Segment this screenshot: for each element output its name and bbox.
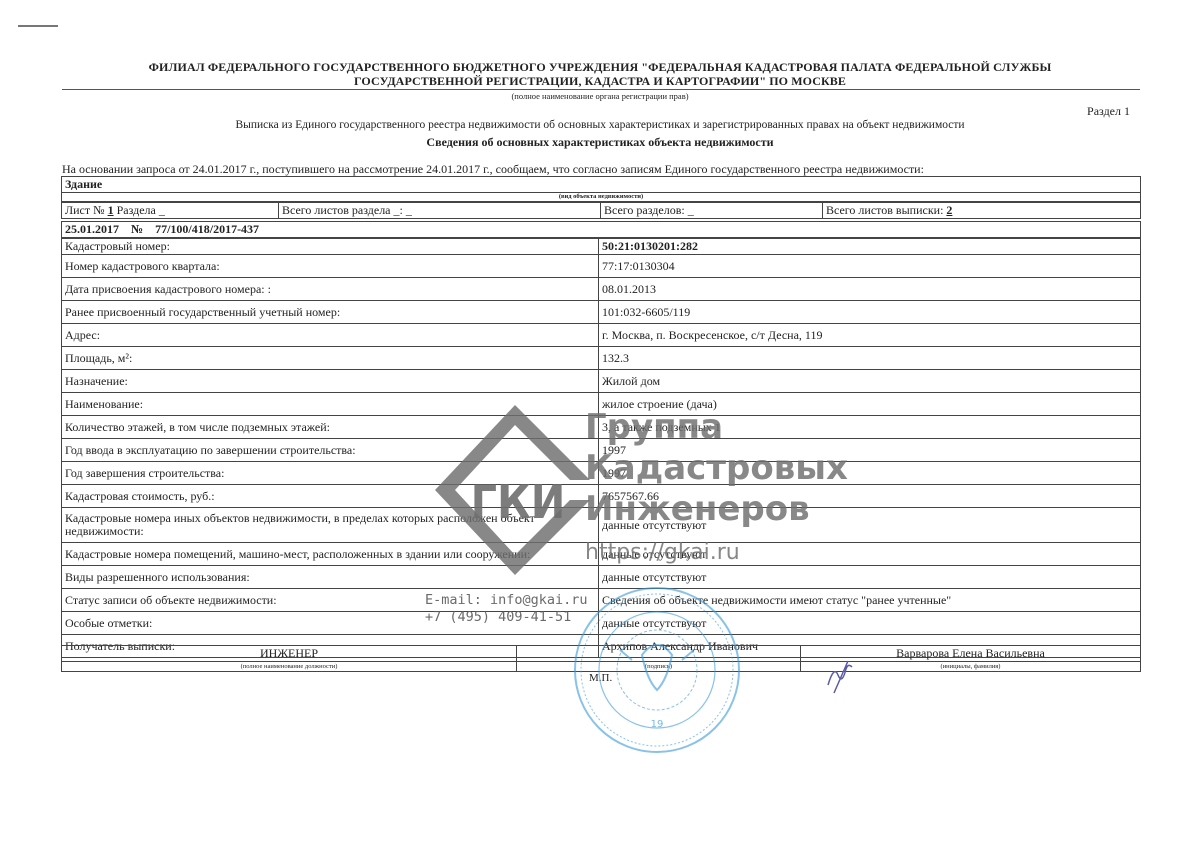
watermark-url: https://gkai.ru [585, 540, 740, 565]
row-value: 77:17:0130304 [599, 255, 1141, 278]
section-sheets-cell: Всего листов раздела _: _ [279, 203, 601, 219]
table-row: Кадастровый номер:50:21:0130201:282 [62, 239, 1141, 255]
object-type-table: Здание (вид объекта недвижимости) [61, 176, 1141, 202]
sheet-number: 1 [108, 203, 114, 217]
table-row: Адрес:г. Москва, п. Воскресенское, с/т Д… [62, 324, 1141, 347]
total-sections-cell: Всего разделов: _ [601, 203, 823, 219]
row-label: Кадастровый номер: [62, 239, 599, 255]
row-value: 101:032-6605/119 [599, 301, 1141, 324]
section-label: Раздел 1 [1087, 104, 1130, 119]
watermark-logo-icon: ГКИ [430, 400, 600, 580]
sheet-number-cell: Лист № 1 Раздела _ [62, 203, 279, 219]
table-row: Ранее присвоенный государственный учетны… [62, 301, 1141, 324]
org-caption: (полное наименование органа регистрации … [100, 91, 1100, 101]
registration-number: 77/100/418/2017-437 [155, 222, 259, 236]
watermark-phone: +7 (495) 409-41-51 [425, 609, 588, 626]
row-label: Номер кадастрового квартала: [62, 255, 599, 278]
org-underline [62, 89, 1140, 90]
org-title-line1: ФИЛИАЛ ФЕДЕРАЛЬНОГО ГОСУДАРСТВЕННОГО БЮД… [100, 60, 1100, 75]
position-caption: (полное наименование должности) [62, 662, 517, 672]
watermark-line2: Кадастровых [585, 449, 848, 487]
signer-position: ИНЖЕНЕР [62, 646, 517, 662]
watermark-contacts: E-mail: info@gkai.ru +7 (495) 409-41-51 [425, 592, 588, 626]
svg-text:ГКИ: ГКИ [471, 475, 566, 529]
row-label: Назначение: [62, 370, 599, 393]
svg-text:19: 19 [651, 719, 664, 730]
registration-date: 25.01.2017 [65, 222, 119, 236]
document-heading: Сведения об основных характеристиках объ… [100, 135, 1100, 150]
basis-statement: На основании запроса от 24.01.2017 г., п… [62, 162, 924, 177]
corner-mark [18, 25, 58, 31]
row-label: Ранее присвоенный государственный учетны… [62, 301, 599, 324]
row-label: Площадь, м²: [62, 347, 599, 370]
table-row: Площадь, м²:132.3 [62, 347, 1141, 370]
object-type-caption: (вид объекта недвижимости) [62, 193, 1141, 202]
row-value: Жилой дом [599, 370, 1141, 393]
official-stamp-icon: 19 [572, 585, 742, 755]
table-row: Номер кадастрового квартала:77:17:013030… [62, 255, 1141, 278]
row-label: Адрес: [62, 324, 599, 347]
registration-table: 25.01.2017 № 77/100/418/2017-437 [61, 221, 1141, 238]
table-row: Назначение:Жилой дом [62, 370, 1141, 393]
row-value: 132.3 [599, 347, 1141, 370]
total-sheets-cell: Всего листов выписки: 2 [823, 203, 1141, 219]
watermark-email: E-mail: info@gkai.ru [425, 592, 588, 609]
row-label: Дата присвоения кадастрового номера: : [62, 278, 599, 301]
sheet-info-table: Лист № 1 Раздела _ Всего листов раздела … [61, 202, 1141, 219]
row-value: г. Москва, п. Воскресенское, с/т Десна, … [599, 324, 1141, 347]
object-type: Здание [62, 177, 1141, 193]
document-subtitle: Выписка из Единого государственного реес… [100, 119, 1100, 131]
watermark-line3: Инженеров [585, 490, 810, 528]
watermark-line1: Группа [585, 408, 723, 446]
registration-cell: 25.01.2017 № 77/100/418/2017-437 [62, 222, 1141, 238]
total-sheets-value: 2 [946, 203, 952, 217]
row-value: 08.01.2013 [599, 278, 1141, 301]
table-row: Дата присвоения кадастрового номера: :08… [62, 278, 1141, 301]
org-title-line2: ГОСУДАРСТВЕННОЙ РЕГИСТРАЦИИ, КАДАСТРА И … [100, 74, 1100, 89]
row-value: 50:21:0130201:282 [599, 239, 1141, 255]
signature-scribble-icon [820, 655, 860, 695]
